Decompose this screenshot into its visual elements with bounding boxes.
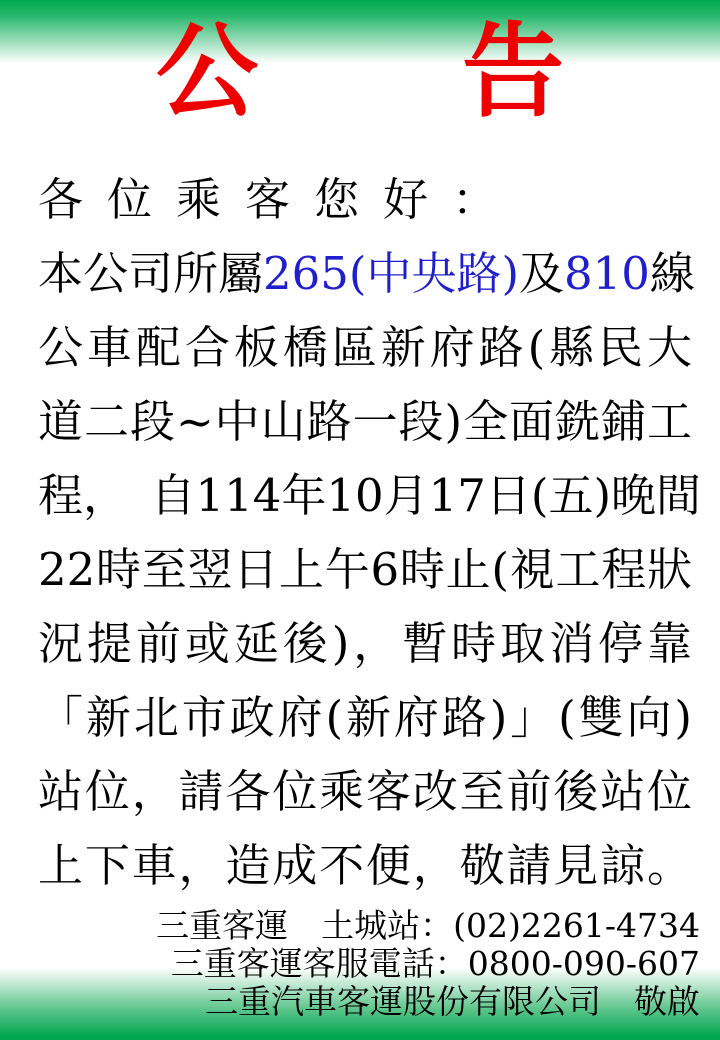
notice-text: 況提前或延後)，暫時取消停靠 bbox=[38, 617, 692, 670]
notice-text: 上下車，造成不便，敬請見諒。 bbox=[38, 839, 692, 892]
notice-body: 各位乘客您好： 本公司所屬265(中央路)及810線 公車配合板橋區新府路(縣民… bbox=[38, 163, 692, 903]
contact-block: 三重客運 土城站：(02)2261-4734 三重客運客服電話：0800-090… bbox=[0, 907, 700, 1021]
notice-line: 22時至翌日上午6時止(視工程狀 bbox=[38, 533, 692, 607]
contact-tucheng-station-phone: 三重客運 土城站：(02)2261-4734 bbox=[0, 907, 700, 945]
notice-text: 程， 自114年10月17日(五)晚間 bbox=[38, 469, 701, 522]
notice-text: 本公司所屬 bbox=[38, 247, 263, 300]
notice-text: 及 bbox=[519, 247, 564, 300]
notice-line: 道二段~中山路一段)全面銑鋪工 bbox=[38, 385, 692, 459]
notice-line: 況提前或延後)，暫時取消停靠 bbox=[38, 607, 692, 681]
notice-line: 「新北市政府(新府路)」(雙向) bbox=[38, 681, 692, 755]
notice-text: 各位乘客您好： bbox=[38, 173, 521, 226]
route-810-label: 810 bbox=[564, 247, 650, 300]
notice-text: 22時至翌日上午6時止(視工程狀 bbox=[38, 543, 692, 596]
notice-text: 線 bbox=[650, 247, 695, 300]
notice-line-greeting: 各位乘客您好： bbox=[38, 163, 692, 237]
notice-line: 公車配合板橋區新府路(縣民大 bbox=[38, 311, 692, 385]
notice-line-routes: 本公司所屬265(中央路)及810線 bbox=[38, 237, 692, 311]
notice-text: 「新北市政府(新府路)」(雙向) bbox=[38, 691, 692, 744]
notice-text: 道二段~中山路一段)全面銑鋪工 bbox=[38, 395, 692, 448]
contact-customer-service-phone: 三重客運客服電話：0800-090-607 bbox=[0, 945, 700, 983]
bus-notice-poster: 公 告 各位乘客您好： 本公司所屬265(中央路)及810線 公車配合板橋區新府… bbox=[0, 0, 720, 1040]
notice-text: 公車配合板橋區新府路(縣民大 bbox=[38, 321, 692, 374]
route-265-label: 265(中央路) bbox=[263, 247, 519, 300]
notice-title: 公 告 bbox=[0, 12, 720, 132]
notice-line: 站位，請各位乘客改至前後站位 bbox=[38, 755, 692, 829]
company-signature: 三重汽車客運股份有限公司 敬啟 bbox=[0, 983, 700, 1021]
notice-text: 站位，請各位乘客改至前後站位 bbox=[38, 765, 692, 818]
notice-line: 程， 自114年10月17日(五)晚間 bbox=[38, 459, 692, 533]
notice-line: 上下車，造成不便，敬請見諒。 bbox=[38, 829, 692, 903]
